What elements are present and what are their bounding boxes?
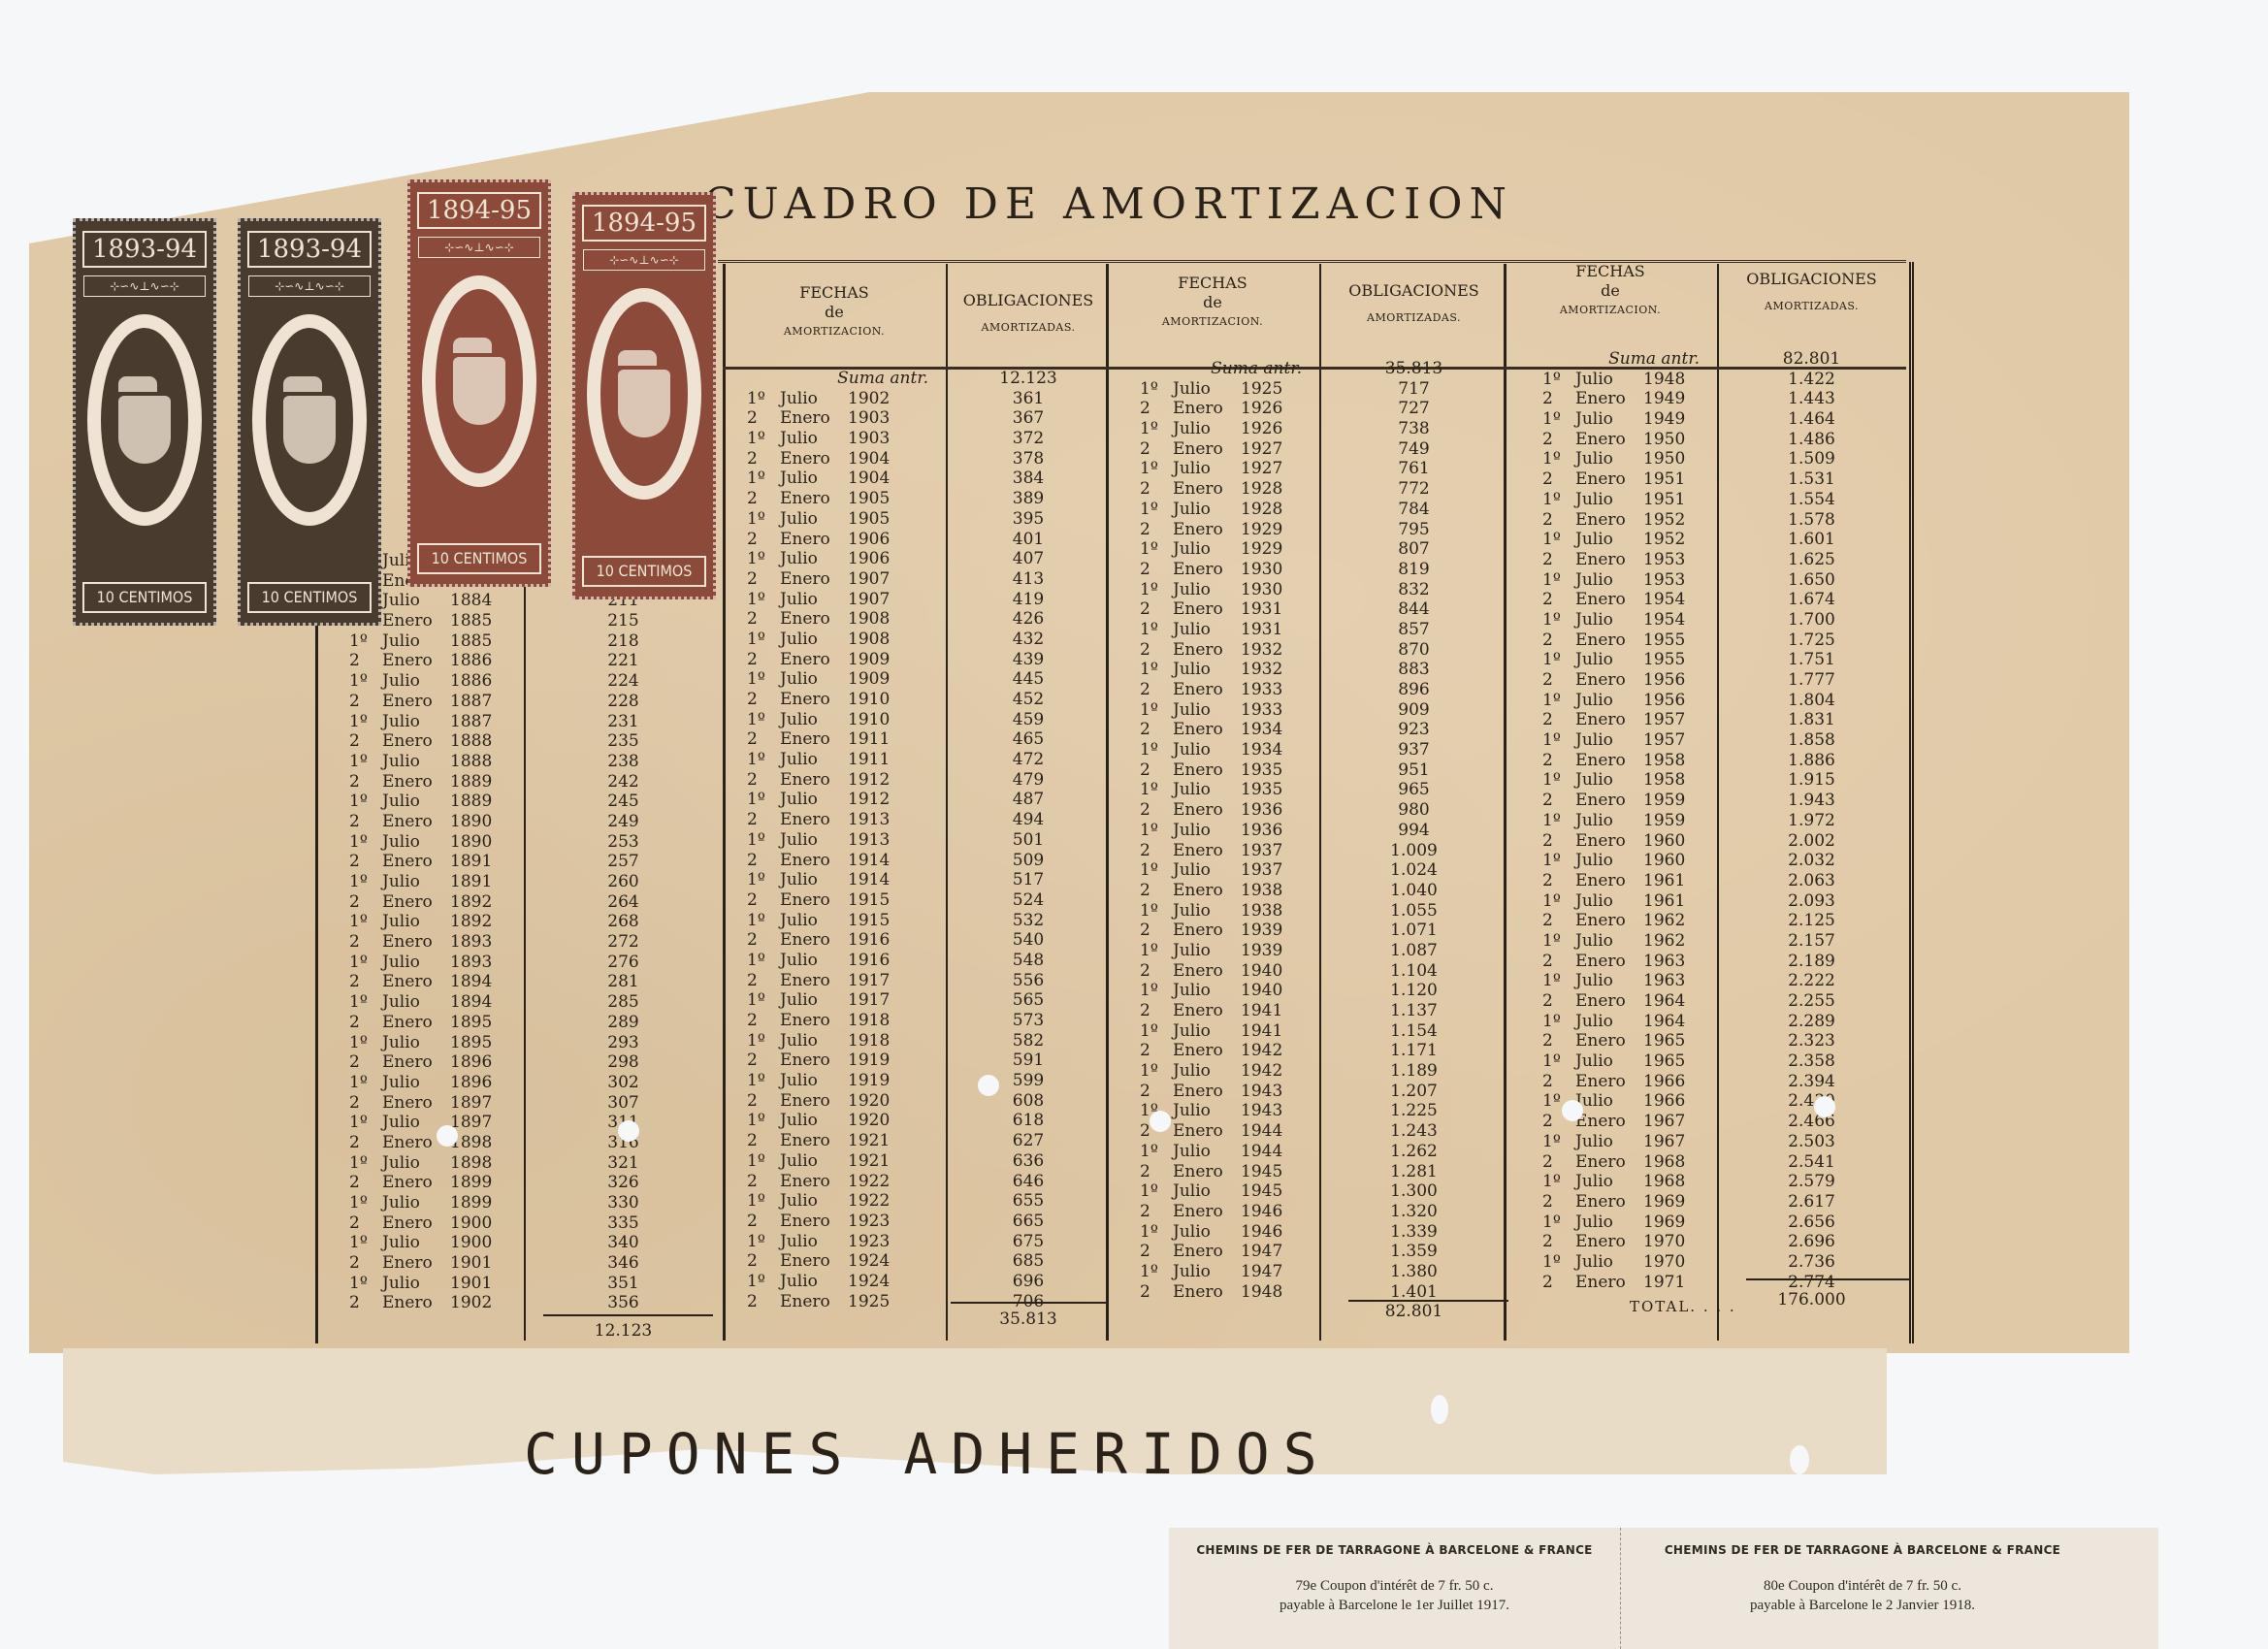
table-row-value: 738 xyxy=(1324,419,1504,439)
table-row-date: 1ºJulio1924 xyxy=(747,1272,946,1292)
table-row-value: 1.943 xyxy=(1722,791,1901,811)
table-row-date: 2Enero1938 xyxy=(1140,881,1319,901)
subtotal-rule xyxy=(543,1314,713,1316)
table-row-date: 1ºJulio1909 xyxy=(747,669,946,690)
grand-total: 176.000 xyxy=(1722,1290,1901,1309)
table-row-value: 646 xyxy=(951,1172,1106,1192)
table-row-value: 1.509 xyxy=(1722,449,1901,469)
table-row-date: 2Enero1906 xyxy=(747,530,946,550)
table-row-value: 548 xyxy=(951,951,1106,971)
table-row-value: 582 xyxy=(951,1031,1106,1051)
table-row-date: 1ºJulio1887 xyxy=(349,712,524,732)
punch-hole xyxy=(978,1075,999,1096)
table-row-date: 2Enero1958 xyxy=(1542,751,1717,771)
table-row-value: 242 xyxy=(529,772,718,792)
coat-of-arms-icon xyxy=(422,275,536,487)
table-row-date: 1ºJulio1951 xyxy=(1542,490,1717,510)
table-row-date: 2Enero1911 xyxy=(747,729,946,750)
subtotal-rule xyxy=(951,1302,1106,1304)
table-row-value: 857 xyxy=(1324,620,1504,640)
table-row-date: 2Enero1907 xyxy=(747,569,946,590)
table-row-value: 1.578 xyxy=(1722,510,1901,531)
punch-hole xyxy=(618,1120,639,1142)
table-row-date: 1ºJulio1953 xyxy=(1542,570,1717,591)
table-row-value: 1.189 xyxy=(1324,1061,1504,1082)
table-row-value: 330 xyxy=(529,1193,718,1213)
table-row-date: 2Enero1960 xyxy=(1542,831,1717,852)
table-row-value: 272 xyxy=(529,932,718,953)
table-row-date: 2Enero1918 xyxy=(747,1011,946,1031)
table-row-date: 2Enero1916 xyxy=(747,930,946,951)
table-row-date: 1ºJulio1956 xyxy=(1542,691,1717,711)
table-row-date: 2Enero1896 xyxy=(349,1052,524,1073)
table-row-date: 1ºJulio1891 xyxy=(349,872,524,892)
table-row-value: 2.617 xyxy=(1722,1192,1901,1212)
table-row-date: 2Enero1889 xyxy=(349,772,524,792)
table-row-value: 1.443 xyxy=(1722,389,1901,409)
table-row-date: 1ºJulio1936 xyxy=(1140,821,1319,841)
table-row-date: 2Enero1926 xyxy=(1140,399,1319,419)
table-row-value: 1.009 xyxy=(1324,841,1504,861)
table-row-date: 1ºJulio1918 xyxy=(747,1031,946,1051)
table-row-date: 2Enero1968 xyxy=(1542,1152,1717,1173)
table-row-date: 1ºJulio1942 xyxy=(1140,1061,1319,1082)
table-row-value: 426 xyxy=(951,609,1106,630)
column-2-obligaciones: 12.1233613673723783843893954014074134194… xyxy=(951,369,1106,1311)
table-row-date: 2Enero1919 xyxy=(747,1051,946,1071)
revenue-stamp: 1894-95 ⊹∽∿⊥∿∽⊹ 10 CENTIMOS xyxy=(572,192,716,599)
table-row-date: 1ºJulio1898 xyxy=(349,1153,524,1174)
table-row-value: 761 xyxy=(1324,459,1504,479)
table-row-value: 1.915 xyxy=(1722,770,1901,791)
table-row-date: 1ºJulio1899 xyxy=(349,1193,524,1213)
table-row-date: 2Enero1946 xyxy=(1140,1202,1319,1222)
table-row-date: 1ºJulio1921 xyxy=(747,1151,946,1172)
table-row-date: 1ºJulio1954 xyxy=(1542,610,1717,630)
coupon-80: CHEMINS DE FER DE TARRAGONE À BARCELONE … xyxy=(1630,1528,2095,1649)
table-row-value: 627 xyxy=(951,1131,1106,1151)
table-row-value: 1.359 xyxy=(1324,1242,1504,1262)
table-row-date: 1ºJulio1945 xyxy=(1140,1181,1319,1202)
table-row-value: 253 xyxy=(529,832,718,853)
table-row-date: 2Enero1912 xyxy=(747,770,946,791)
table-row-value: 1.225 xyxy=(1324,1101,1504,1121)
coupon-strip: CHEMINS DE FER DE TARRAGONE À BARCELONE … xyxy=(1169,1528,2158,1649)
table-row-date: 2Enero1924 xyxy=(747,1251,946,1272)
table-row-value: 937 xyxy=(1324,740,1504,760)
table-row-value: 264 xyxy=(529,892,718,913)
table-row-value: 326 xyxy=(529,1173,718,1193)
table-row-value: 717 xyxy=(1324,379,1504,400)
table-row-value: 909 xyxy=(1324,700,1504,721)
table-row-date: 1ºJulio1949 xyxy=(1542,409,1717,430)
table-row-date: 2Enero1895 xyxy=(349,1013,524,1033)
table-row-value: 1.531 xyxy=(1722,469,1901,490)
column-divider xyxy=(723,264,726,1341)
table-row-value: 1.087 xyxy=(1324,941,1504,961)
table-row-date: 1ºJulio1893 xyxy=(349,953,524,973)
table-row-date: 2Enero1971 xyxy=(1542,1273,1717,1293)
table-row-date: 2Enero1917 xyxy=(747,971,946,991)
table-row-value: 378 xyxy=(951,449,1106,469)
table-row-date: 2Enero1894 xyxy=(349,972,524,992)
table-row-date: 2Enero1923 xyxy=(747,1212,946,1232)
table-row-value: 665 xyxy=(951,1212,1106,1232)
table-row-date: 1ºJulio1933 xyxy=(1140,700,1319,721)
table-row-value: 2.541 xyxy=(1722,1152,1901,1173)
column-divider xyxy=(1504,264,1507,1341)
table-row-value: 675 xyxy=(951,1232,1106,1252)
table-row-value: 517 xyxy=(951,870,1106,890)
table-row-value: 2.394 xyxy=(1722,1072,1901,1092)
table-row-value: 298 xyxy=(529,1052,718,1073)
table-row-date: 1ºJulio1946 xyxy=(1140,1222,1319,1243)
table-row-value: 260 xyxy=(529,872,718,892)
column-1-obligaciones: 2052082112152182212242282312352382422452… xyxy=(529,551,718,1313)
table-row-date: 1ºJulio1912 xyxy=(747,790,946,810)
table-row-date: 2Enero1920 xyxy=(747,1091,946,1112)
table-row-date: 1ºJulio1958 xyxy=(1542,770,1717,791)
table-row-date: 1ºJulio1969 xyxy=(1542,1212,1717,1233)
table-row-date: 1ºJulio1919 xyxy=(747,1071,946,1091)
table-row-value: 2.503 xyxy=(1722,1132,1901,1152)
table-row-value: 1.486 xyxy=(1722,430,1901,450)
table-row-date: 2Enero1893 xyxy=(349,932,524,953)
table-row-date: 2Enero1939 xyxy=(1140,921,1319,941)
table-row-date: 2Enero1905 xyxy=(747,489,946,509)
column-divider xyxy=(1717,264,1719,1341)
table-row-value: 2.125 xyxy=(1722,911,1901,931)
table-row-date: 1ºJulio1907 xyxy=(747,590,946,610)
table-row-date: 2Enero1945 xyxy=(1140,1162,1319,1182)
table-row-value: 351 xyxy=(529,1274,718,1294)
table-row-date: 2Enero1943 xyxy=(1140,1082,1319,1102)
table-row-value: 276 xyxy=(529,953,718,973)
coupon-79: CHEMINS DE FER DE TARRAGONE À BARCELONE … xyxy=(1169,1528,1620,1649)
table-row-date: 1ºJulio1967 xyxy=(1542,1132,1717,1152)
column-2-dates: Suma antr.1ºJulio19022Enero19031ºJulio19… xyxy=(747,369,946,1311)
table-row-date: 2Enero1892 xyxy=(349,892,524,913)
revenue-stamp: 1894-95 ⊹∽∿⊥∿∽⊹ 10 CENTIMOS xyxy=(407,179,551,587)
table-row-value: 2.696 xyxy=(1722,1232,1901,1252)
column-1-dates: 1ºJulio18832Enero18841ºJulio18842Enero18… xyxy=(349,551,524,1313)
table-row-date: 2Enero1964 xyxy=(1542,991,1717,1012)
table-row-value: 883 xyxy=(1324,660,1504,680)
suma-anterior-label: Suma antr. xyxy=(747,369,946,389)
table-row-value: 1.625 xyxy=(1722,550,1901,570)
ornament-icon: ⊹∽∿⊥∿∽⊹ xyxy=(583,249,705,271)
punch-hole xyxy=(1431,1395,1448,1424)
table-row-value: 807 xyxy=(1324,539,1504,560)
table-row-value: 238 xyxy=(529,752,718,772)
table-row-value: 965 xyxy=(1324,780,1504,800)
table-row-date: 1ºJulio1932 xyxy=(1140,660,1319,680)
table-row-value: 1.243 xyxy=(1324,1121,1504,1142)
table-row-value: 1.700 xyxy=(1722,610,1901,630)
table-row-value: 389 xyxy=(951,489,1106,509)
table-row-date: 1ºJulio1904 xyxy=(747,469,946,489)
table-row-date: 1ºJulio1968 xyxy=(1542,1172,1717,1192)
table-row-value: 228 xyxy=(529,692,718,712)
table-row-value: 784 xyxy=(1324,500,1504,520)
column-3-dates: Suma antr.1ºJulio19252Enero19261ºJulio19… xyxy=(1140,359,1319,1302)
table-row-value: 235 xyxy=(529,731,718,752)
column-divider xyxy=(1106,264,1109,1341)
table-row-date: 1ºJulio1885 xyxy=(349,631,524,652)
revenue-stamp: 1893-94 ⊹∽∿⊥∿∽⊹ 10 CENTIMOS xyxy=(238,218,381,626)
punch-hole xyxy=(1790,1445,1809,1474)
table-row-value: 432 xyxy=(951,630,1106,650)
table-row-value: 2.189 xyxy=(1722,952,1901,972)
table-row-date: 2Enero1962 xyxy=(1542,911,1717,931)
table-row-date: 1ºJulio1926 xyxy=(1140,419,1319,439)
table-row-date: 2Enero1935 xyxy=(1140,760,1319,781)
table-row-value: 1.120 xyxy=(1324,981,1504,1001)
suma-anterior-value: 35.813 xyxy=(1324,359,1504,379)
table-row-value: 994 xyxy=(1324,821,1504,841)
table-row-date: 1ºJulio1903 xyxy=(747,429,946,449)
cupones-heading: CUPONES ADHERIDOS xyxy=(524,1421,1331,1487)
table-row-value: 2.323 xyxy=(1722,1031,1901,1051)
table-row-value: 465 xyxy=(951,729,1106,750)
table-row-value: 302 xyxy=(529,1073,718,1093)
table-row-value: 896 xyxy=(1324,680,1504,700)
table-row-value: 795 xyxy=(1324,520,1504,540)
table-row-date: 2Enero1947 xyxy=(1140,1242,1319,1262)
table-row-value: 419 xyxy=(951,590,1106,610)
table-row-value: 1.207 xyxy=(1324,1082,1504,1102)
table-row-date: 2Enero1890 xyxy=(349,812,524,832)
table-row-date: 1ºJulio1896 xyxy=(349,1073,524,1093)
table-row-date: 1ºJulio1934 xyxy=(1140,740,1319,760)
table-row-date: 2Enero1928 xyxy=(1140,479,1319,500)
table-row-value: 1.422 xyxy=(1722,370,1901,390)
suma-anterior-value: 12.123 xyxy=(951,369,1106,389)
subtotal-rule xyxy=(1746,1278,1911,1280)
table-row-value: 439 xyxy=(951,650,1106,670)
table-row-value: 372 xyxy=(951,429,1106,449)
table-row-date: 1ºJulio1913 xyxy=(747,830,946,851)
table-row-date: 1ºJulio1970 xyxy=(1542,1252,1717,1273)
table-row-date: 1ºJulio1901 xyxy=(349,1274,524,1294)
table-row-date: 1ºJulio1937 xyxy=(1140,860,1319,881)
table-row-date: 2Enero1951 xyxy=(1542,469,1717,490)
table-row-value: 1.137 xyxy=(1324,1001,1504,1021)
total-label: TOTAL. . . . xyxy=(1630,1298,1736,1315)
table-row-value: 608 xyxy=(951,1091,1106,1112)
table-row-date: 1ºJulio1955 xyxy=(1542,650,1717,670)
table-row-value: 479 xyxy=(951,770,1106,791)
table-row-value: 1.858 xyxy=(1722,730,1901,751)
table-row-date: 1ºJulio1963 xyxy=(1542,971,1717,991)
punch-hole xyxy=(1562,1100,1583,1121)
subtotal-column-1: 12.123 xyxy=(529,1321,718,1341)
table-row-date: 1ºJulio1939 xyxy=(1140,941,1319,961)
table-row-date: 1ºJulio1950 xyxy=(1542,449,1717,469)
table-row-value: 1.804 xyxy=(1722,691,1901,711)
table-row-value: 367 xyxy=(951,408,1106,429)
table-row-value: 395 xyxy=(951,509,1106,530)
table-row-date: 1ºJulio1914 xyxy=(747,870,946,890)
ornament-icon: ⊹∽∿⊥∿∽⊹ xyxy=(83,275,206,297)
column-4-obligaciones: 82.8011.4221.4431.4641.4861.5091.5311.55… xyxy=(1722,349,1901,1292)
table-row-date: 1ºJulio1886 xyxy=(349,671,524,692)
table-row-date: 1ºJulio1922 xyxy=(747,1191,946,1212)
table-row-value: 356 xyxy=(529,1293,718,1313)
table-row-value: 2.289 xyxy=(1722,1012,1901,1032)
table-row-value: 245 xyxy=(529,792,718,812)
table-row-value: 1.751 xyxy=(1722,650,1901,670)
table-row-value: 727 xyxy=(1324,399,1504,419)
table-row-value: 1.320 xyxy=(1324,1202,1504,1222)
table-row-value: 452 xyxy=(951,690,1106,710)
table-row-value: 540 xyxy=(951,930,1106,951)
table-row-value: 591 xyxy=(951,1051,1106,1071)
table-row-date: 1ºJulio1961 xyxy=(1542,891,1717,912)
column-4-dates: Suma antr.1ºJulio19482Enero19491ºJulio19… xyxy=(1542,349,1717,1292)
table-row-value: 472 xyxy=(951,750,1106,770)
table-row-date: 2Enero1933 xyxy=(1140,680,1319,700)
table-row-date: 1ºJulio1964 xyxy=(1542,1012,1717,1032)
table-row-value: 335 xyxy=(529,1213,718,1234)
table-row-date: 2Enero1927 xyxy=(1140,439,1319,460)
table-row-value: 1.024 xyxy=(1324,860,1504,881)
table-row-date: 1ºJulio1889 xyxy=(349,792,524,812)
table-row-date: 1ºJulio1895 xyxy=(349,1033,524,1053)
table-row-date: 1ºJulio1948 xyxy=(1542,370,1717,390)
table-row-value: 1.464 xyxy=(1722,409,1901,430)
table-row-date: 2Enero1932 xyxy=(1140,640,1319,661)
table-row-date: 2Enero1963 xyxy=(1542,952,1717,972)
table-row-date: 2Enero1887 xyxy=(349,692,524,712)
table-row-value: 221 xyxy=(529,651,718,671)
table-row-value: 1.262 xyxy=(1324,1142,1504,1162)
table-row-date: 1ºJulio1908 xyxy=(747,630,946,650)
table-row-value: 573 xyxy=(951,1011,1106,1031)
table-row-value: 494 xyxy=(951,810,1106,830)
table-row-value: 1.339 xyxy=(1324,1222,1504,1243)
table-row-date: 2Enero1910 xyxy=(747,690,946,710)
table-row-date: 1ºJulio1930 xyxy=(1140,580,1319,600)
table-row-value: 1.171 xyxy=(1324,1041,1504,1061)
table-row-date: 1ºJulio1900 xyxy=(349,1233,524,1253)
table-row-value: 384 xyxy=(951,469,1106,489)
header-fechas: FECHASdeAMORTIZACION. xyxy=(1116,274,1310,332)
table-row-date: 1ºJulio1911 xyxy=(747,750,946,770)
table-row-value: 1.040 xyxy=(1324,881,1504,901)
table-row-date: 2Enero1886 xyxy=(349,651,524,671)
table-row-date: 1ºJulio1923 xyxy=(747,1232,946,1252)
table-row-value: 459 xyxy=(951,710,1106,730)
table-row-value: 2.466 xyxy=(1722,1112,1901,1132)
table-row-value: 1.300 xyxy=(1324,1181,1504,1202)
table-row-value: 980 xyxy=(1324,800,1504,821)
table-row-date: 2Enero1954 xyxy=(1542,590,1717,610)
table-row-date: 1ºJulio1940 xyxy=(1140,981,1319,1001)
table-row-date: 2Enero1965 xyxy=(1542,1031,1717,1051)
table-row-value: 2.736 xyxy=(1722,1252,1901,1273)
table-row-value: 257 xyxy=(529,852,718,872)
table-row-date: 2Enero1948 xyxy=(1140,1282,1319,1303)
revenue-stamp: 1893-94 ⊹∽∿⊥∿∽⊹ 10 CENTIMOS xyxy=(73,218,216,626)
table-row-value: 2.656 xyxy=(1722,1212,1901,1233)
table-row-date: 2Enero1959 xyxy=(1542,791,1717,811)
table-row-value: 2.093 xyxy=(1722,891,1901,912)
table-row-date: 2Enero1925 xyxy=(747,1292,946,1312)
table-row-value: 487 xyxy=(951,790,1106,810)
suma-anterior-label: Suma antr. xyxy=(1140,359,1319,379)
suma-anterior-value: 82.801 xyxy=(1722,349,1901,370)
table-row-date: 2Enero1941 xyxy=(1140,1001,1319,1021)
table-row-date: 1ºJulio1925 xyxy=(1140,379,1319,400)
table-row-date: 1ºJulio1938 xyxy=(1140,901,1319,921)
table-row-value: 1.071 xyxy=(1324,921,1504,941)
table-row-value: 285 xyxy=(529,992,718,1013)
header-fechas: FECHASdeAMORTIZACION. xyxy=(1513,262,1707,320)
table-row-value: 1.104 xyxy=(1324,961,1504,982)
table-row-value: 599 xyxy=(951,1071,1106,1091)
table-row-date: 2Enero1952 xyxy=(1542,510,1717,531)
punch-hole xyxy=(1814,1096,1835,1117)
table-row-value: 844 xyxy=(1324,599,1504,620)
ornament-icon: ⊹∽∿⊥∿∽⊹ xyxy=(418,237,540,258)
table-row-value: 445 xyxy=(951,669,1106,690)
table-row-value: 231 xyxy=(529,712,718,732)
table-row-value: 1.380 xyxy=(1324,1262,1504,1282)
table-row-date: 1ºJulio1944 xyxy=(1140,1142,1319,1162)
table-row-date: 2Enero1903 xyxy=(747,408,946,429)
table-row-value: 655 xyxy=(951,1191,1106,1212)
table-row-value: 1.601 xyxy=(1722,530,1901,550)
table-row-date: 2Enero1922 xyxy=(747,1172,946,1192)
header-obligaciones: OBLIGACIONESAMORTIZADAS. xyxy=(1324,281,1504,328)
table-row-date: 2Enero1902 xyxy=(349,1293,524,1313)
table-row-value: 268 xyxy=(529,912,718,932)
table-row-date: 2Enero1915 xyxy=(747,890,946,911)
coat-of-arms-icon xyxy=(87,314,202,526)
table-row-date: 1ºJulio1902 xyxy=(747,389,946,409)
table-row-value: 2.579 xyxy=(1722,1172,1901,1192)
table-row-date: 2Enero1930 xyxy=(1140,560,1319,580)
table-row-date: 2Enero1931 xyxy=(1140,599,1319,620)
table-row-date: 2Enero1909 xyxy=(747,650,946,670)
table-row-date: 1ºJulio1941 xyxy=(1140,1021,1319,1042)
column-divider xyxy=(946,264,948,1341)
table-row-value: 618 xyxy=(951,1111,1106,1131)
table-row-value: 2.157 xyxy=(1722,931,1901,952)
table-row-value: 407 xyxy=(951,549,1106,569)
coat-of-arms-icon xyxy=(587,288,701,500)
table-row-value: 293 xyxy=(529,1033,718,1053)
table-row-value: 772 xyxy=(1324,479,1504,500)
table-row-value: 1.554 xyxy=(1722,490,1901,510)
table-row-value: 2.032 xyxy=(1722,851,1901,871)
table-row-date: 2Enero1929 xyxy=(1140,520,1319,540)
table-row-date: 1ºJulio1952 xyxy=(1542,530,1717,550)
table-row-value: 2.222 xyxy=(1722,971,1901,991)
punch-hole xyxy=(437,1125,458,1147)
table-row-value: 1.972 xyxy=(1722,811,1901,831)
table-row-date: 2Enero1953 xyxy=(1542,550,1717,570)
table-row-date: 1ºJulio1906 xyxy=(747,549,946,569)
table-row-date: 2Enero1904 xyxy=(747,449,946,469)
table-row-value: 346 xyxy=(529,1253,718,1274)
table-row-date: 2Enero1891 xyxy=(349,852,524,872)
table-row-value: 321 xyxy=(529,1153,718,1174)
coat-of-arms-icon xyxy=(252,314,367,526)
column-3-obligaciones: 35.8137177277387497617727847958078198328… xyxy=(1324,359,1504,1302)
subtotal-column-2: 35.813 xyxy=(951,1309,1106,1329)
